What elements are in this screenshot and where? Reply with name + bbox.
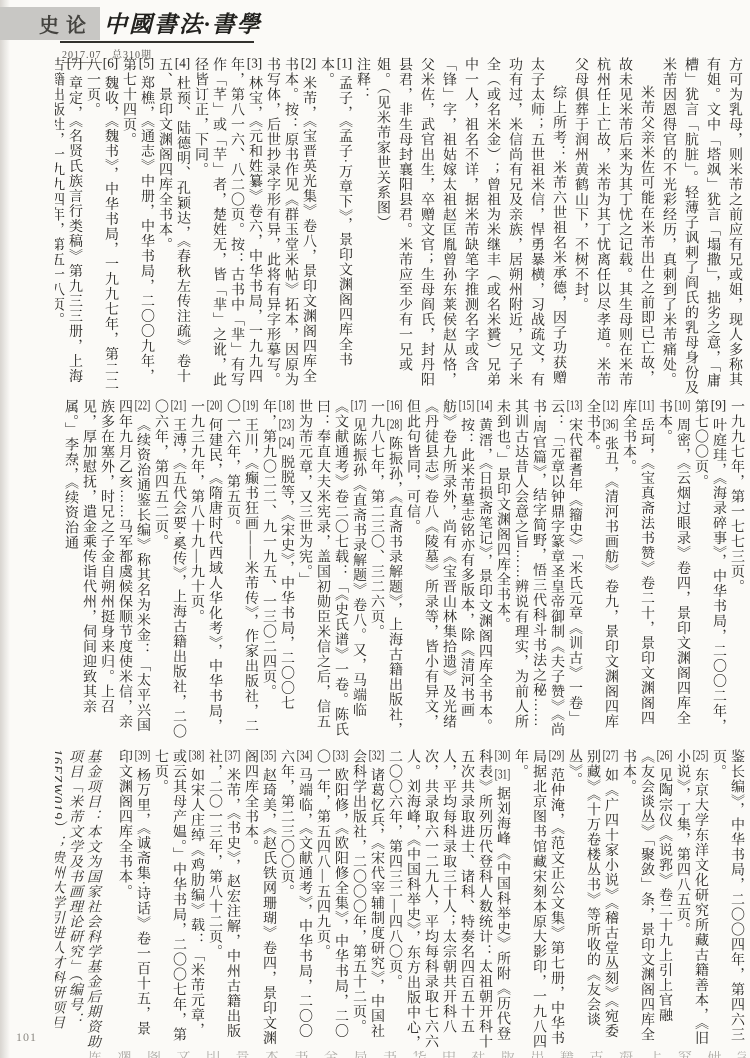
page-number: 101 <box>16 1030 37 1045</box>
text-column-paragraph: 综上所考：米芾六世祖名米承德，因子功获赠太子太师；五世祖米信，悍勇暴横，习战疏文… <box>371 57 569 395</box>
text-column-paragraph: [17] 见陈振孙《直斋书录解题》卷八。又，马端临《文献通考》卷二〇七载：「《史… <box>295 399 367 740</box>
text-column-paragraph: [19] 王川，《癫书狂画——米芾传》，作家出版社，二〇一六年，第五页。 <box>223 399 259 740</box>
article-bottom-block: 鉴长编》，中华书局，二〇〇四年，第四六三页。[25] 东京大学东洋文化研究所藏古… <box>55 749 745 1051</box>
article-middle-block: 一九九七年，第一七七三页。[9] 叶庭珪，《海录碎事》，中华书局，二〇〇二年，第… <box>55 399 745 740</box>
text-column-paragraph: [37] 米芾，《书史》，赵宏注解，中州古籍出版社，二〇一三年，第八十二页。 <box>205 749 241 1051</box>
text-column-paragraph: [22] 《续资治通鉴长编》称其名为米金：「太平兴国四年九月乙亥……马军都虞候保… <box>61 399 151 740</box>
text-column-paragraph: 基金项目：本文为国家社会科学基金后期资助项目「米芾文学及书画理论研究」（编号：1… <box>55 749 101 1051</box>
text-column-paragraph: [10] 周密，《云烟过眼录》卷四，景印文渊阁四库全书本。 <box>655 399 691 740</box>
text-column-paragraph: 鉴长编》，中华书局，二〇〇四年，第四六三页。 <box>709 749 745 1051</box>
bottom-edge-bleed: 库 渊 阁 文 印 景 本 书 全 局 书 华 中 社 版 出 籍 古 海 上 … <box>88 1051 746 1058</box>
masthead-section-label: 史论 <box>32 9 93 38</box>
text-column-paragraph: 一九九七年，第一七七三页。 <box>727 399 745 740</box>
text-column-paragraph: [3] 林宝，《元和姓纂》卷六，中华书局，一九九四年，第八一六、八二〇页。按：古… <box>191 57 263 395</box>
text-column-paragraph: [27] 如《广四十家小说》《稽古堂丛刻》《宛委别藏》《十万卷楼丛书》等所收的《… <box>565 749 619 1051</box>
text-column-paragraph: [16] [28] 陈振孙，《直斋书录解题》，上海古籍出版社，一九八七年，第二三… <box>367 399 403 740</box>
journal-page: 史论 中國書法·書學 2017.07 总310期 方可为乳母，则米芾之前应有兄或… <box>0 0 750 1058</box>
text-column-paragraph: [2] 米芾，《宝晋英光集》卷八，景印文渊阁四库全书本。按：原书作见《群玉堂米帖… <box>263 57 317 395</box>
text-column-paragraph: [4] 杜预、陆德明、孔颖达，《春秋左传注疏》卷十五、景印文渊阁四库全书本。 <box>155 57 191 395</box>
text-column-paragraph: [1] 孟子，《孟子·万章下》，景印文渊阁四库全书本。 <box>317 57 353 395</box>
text-column-paragraph: [15] 按：此米芾墓志铭亦有多版本，除《清河书画舫》卷九所录外，尚有《宝晋山林… <box>403 399 475 740</box>
text-column-paragraph: [38] 如宋人庄绰《鸡肋编》载：「米芾元章，或云其母产媪。」中华书局，二〇〇七… <box>151 749 205 1051</box>
text-column-paragraph: 注释： <box>353 57 371 395</box>
text-column-paragraph: [21] 王溥，《五代会要·奚传》，上海古籍出版社，二〇〇六年，第四五二页。 <box>151 399 187 740</box>
masthead-rule <box>60 41 254 43</box>
masthead-section-box: 史论 <box>0 7 100 40</box>
text-column-paragraph: [14] 黄溍，《日损斋笔记》，景印文渊阁四库全书本。 <box>475 399 493 740</box>
text-column-paragraph: [11] 岳珂，《宝真斋法书赞》卷二十，景印文渊阁四库全书本。 <box>619 399 655 740</box>
text-column-paragraph: [39] 杨万里，《诚斋集·诗话》卷一百十五，景印文渊阁四库全书本。 <box>115 749 151 1051</box>
text-column-paragraph: 方可为乳母，则米芾之前应有兄或姐，现人多称其有姐。文中「塔飒」犹言「塌撒」，拙劣… <box>657 57 745 395</box>
text-column-paragraph: [12] [36] 张丑，《清河书画舫》卷九，景印文渊阁四库全书本。 <box>583 399 619 740</box>
text-column-paragraph: [30] [31] 据刘海峰《中国科举史》所附《历代登科表》所列历代登科人数统计… <box>385 749 511 1051</box>
text-column-paragraph: [9] 叶庭珪，《海录碎事》，中华书局，二〇〇二年，第七〇〇页。 <box>691 399 727 740</box>
article-top-block: 方可为乳母，则米芾之前应有兄或姐，现人多称其有姐。文中「塔飒」犹言「塌撒」，拙劣… <box>55 57 745 395</box>
text-column-paragraph: [18] [23] [24] 脱脱等，《宋史》，中华书局，二〇〇七年，第九〇二二… <box>259 399 295 740</box>
text-column-paragraph: [13] 宋代翟耆年《籀史》「米氏元章《训古》一卷」云：「元章以钟鼎字篆章圣皇帝… <box>493 399 583 740</box>
text-column-paragraph: [7] 章定，《名贤氏族言行类稿》第九三三册，上海古籍出版社，一九九四年，第五一… <box>55 57 83 395</box>
text-column-paragraph: [33] 欧阳修，《欧阳修全集》，中华书局，二〇〇一年，第五四八—五四九页。 <box>313 749 349 1051</box>
left-edge-shadow <box>0 0 10 1058</box>
text-column-paragraph: [5] 郑樵，《通志》中册，中华书局，二〇〇九年，第七十四页。 <box>119 57 155 395</box>
text-column-paragraph: [20] 何建民，《隋唐时代西域人华化考》，中华书局，一九三九年，第八十九—九十… <box>187 399 223 740</box>
text-column-paragraph: [35] 赵琦美，《赵氏铁网珊瑚》卷四，景印文渊阁四库全书本。 <box>241 749 277 1051</box>
text-column-paragraph: [29] 范仲淹，《范文正公文集》第七册，中华书局据北京图书馆藏宋刻本原大影印，… <box>511 749 565 1051</box>
masthead-journal-title: 中國書法·書學 <box>104 6 262 39</box>
text-column-paragraph: 米芾父亲米佐可能在米芾出仕之前即已亡故，故未见米芾后来为其丁忧之记载。其生母则在… <box>569 57 657 395</box>
text-column-paragraph: [34] 马端临，《文献通考》，中华书局，二〇〇六年，第二三〇〇页。 <box>277 749 313 1051</box>
text-column-paragraph: [6] 魏收，《魏书》，中华书局，一九九七年，第二二八一页。 <box>83 57 119 395</box>
text-column-paragraph: [26] 见陶宗仪《说郛》卷二十九上引上官融《友会谈丛》「聚敛」条，景印文渊阁四… <box>619 749 673 1051</box>
text-column-paragraph: [25] 东京大学东洋文化研究所藏古籍善本，《旧小说》，丁集，第四八五页。 <box>673 749 709 1051</box>
text-column-paragraph: [32] 诸葛忆兵，《宋代宰辅制度研究》，中国社会科学出版社，二〇〇〇年，第五十… <box>349 749 385 1051</box>
